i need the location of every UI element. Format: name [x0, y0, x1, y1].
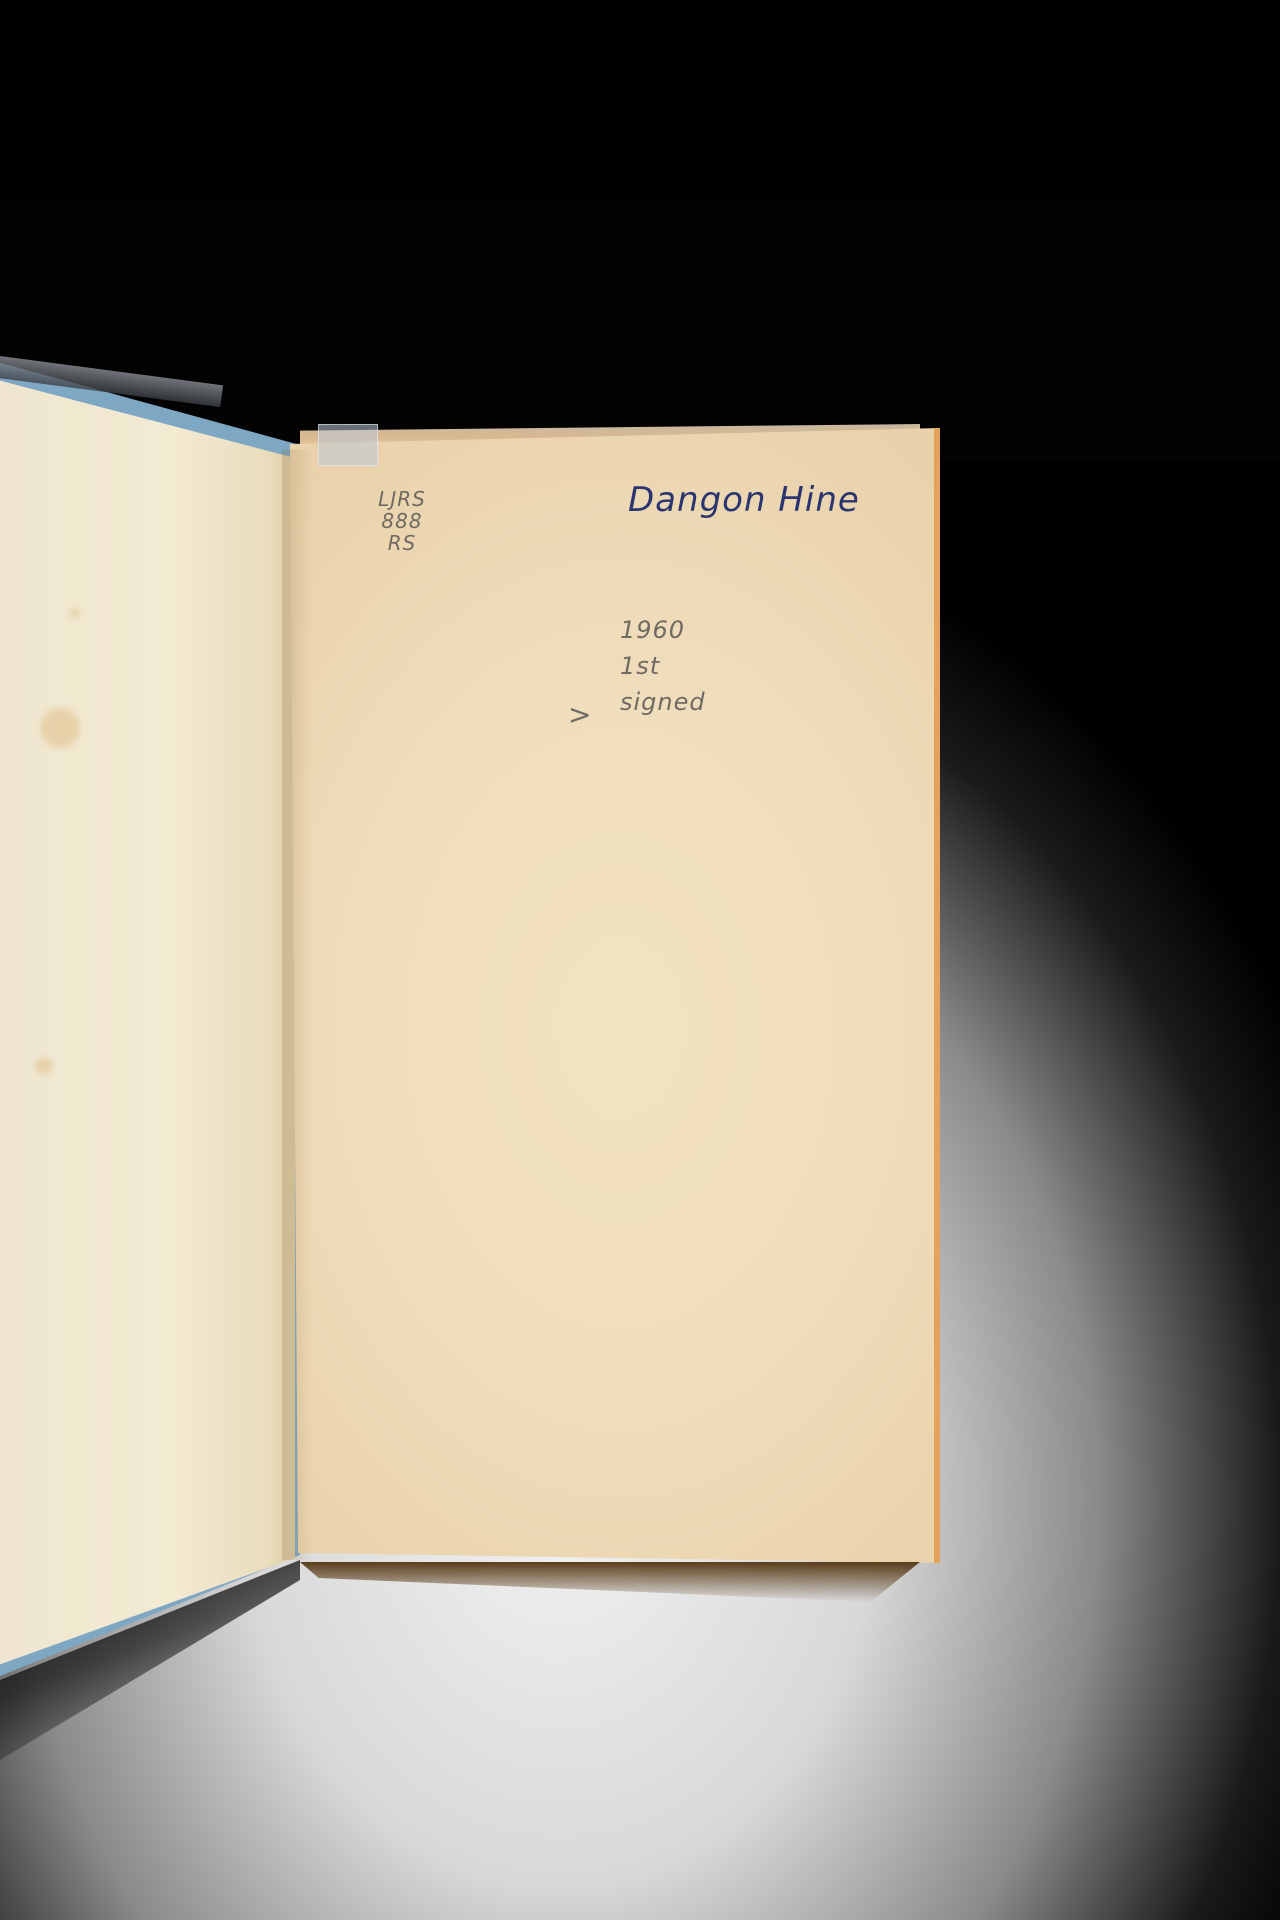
note-year: 1960 [620, 612, 706, 648]
code-line: RS [362, 532, 442, 554]
free-endpaper [290, 428, 940, 1563]
foxing-spot [35, 1058, 53, 1074]
front-pastedown [0, 378, 295, 1668]
pencil-inventory-code: LJRS 888 RS [362, 488, 442, 554]
foxing-spot [40, 708, 80, 748]
note-edition: 1st [620, 648, 706, 684]
author-signature: Dangon Hine [628, 480, 860, 520]
gutter-shadow [282, 450, 312, 1560]
foxing-spot [70, 608, 80, 618]
tape-strip [318, 424, 378, 466]
pencil-notes: 1960 1st signed [620, 612, 706, 720]
note-signed: signed [620, 684, 706, 720]
code-line: LJRS [362, 488, 442, 510]
code-line: 888 [362, 510, 442, 532]
arrow-mark: > [568, 698, 592, 731]
